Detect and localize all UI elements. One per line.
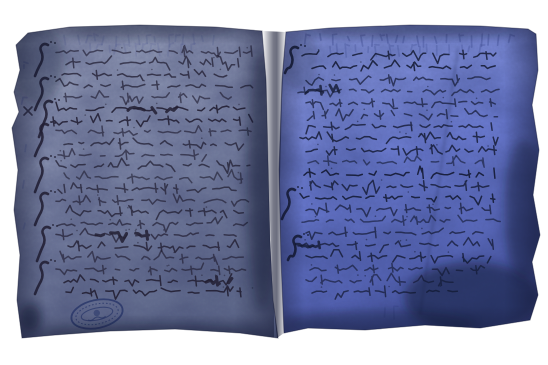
- diacritic-dot: [121, 47, 123, 49]
- diacritic-dot: [406, 239, 408, 241]
- diacritic-dot: [381, 179, 383, 181]
- diacritic-dot: [128, 229, 130, 231]
- diacritic-dot: [408, 191, 410, 193]
- left-page-edge-shade-left: [10, 20, 46, 344]
- diacritic-dot: [166, 265, 168, 267]
- diacritic-dot: [105, 104, 107, 106]
- diacritic-dot: [388, 286, 390, 288]
- diacritic-dot: [399, 131, 401, 133]
- diacritic-dot: [151, 69, 153, 71]
- initial-dot: [58, 99, 60, 101]
- right-page-content: [276, 20, 544, 340]
- initial-dot: [50, 190, 52, 192]
- manuscript-svg: [0, 0, 548, 365]
- diacritic-dot: [76, 230, 78, 232]
- diacritic-dot: [487, 145, 489, 147]
- diacritic-dot: [135, 230, 137, 232]
- diacritic-dot: [357, 121, 359, 123]
- diacritic-dot: [60, 150, 62, 152]
- diacritic-dot: [364, 275, 366, 277]
- initial-dot: [54, 98, 56, 100]
- diacritic-dot: [360, 61, 362, 63]
- diacritic-dot: [443, 97, 445, 99]
- diacritic-dot: [421, 228, 423, 230]
- diacritic-dot: [224, 275, 226, 277]
- diacritic-dot: [307, 120, 309, 122]
- diacritic-dot: [476, 98, 478, 100]
- diacritic-dot: [405, 133, 407, 135]
- initial-dot: [50, 121, 52, 123]
- diacritic-dot: [400, 240, 402, 242]
- diacritic-dot: [366, 239, 368, 241]
- diacritic-dot: [436, 144, 438, 146]
- diacritic-dot: [321, 286, 323, 288]
- diacritic-dot: [125, 103, 127, 105]
- right-page-edge-shade-right: [504, 20, 542, 340]
- diacritic-dot: [406, 216, 408, 218]
- diacritic-dot: [375, 215, 377, 217]
- diacritic-dot: [318, 74, 320, 76]
- diacritic-dot: [201, 274, 203, 276]
- diacritic-dot: [414, 251, 416, 253]
- left-page-edge-shade-bottom: [10, 314, 280, 340]
- diacritic-dot: [315, 216, 317, 218]
- initial-dot: [50, 155, 52, 157]
- diacritic-dot: [432, 204, 434, 206]
- diacritic-dot: [318, 49, 320, 51]
- manuscript-photo: [0, 0, 548, 365]
- left-page-edge-shade-top: [10, 22, 274, 44]
- diacritic-dot: [127, 207, 129, 209]
- diacritic-dot: [143, 80, 145, 82]
- diacritic-dot: [156, 103, 158, 105]
- initial-dot: [54, 260, 56, 262]
- right-page: [276, 20, 544, 340]
- diacritic-dot: [168, 265, 170, 267]
- diacritic-dot: [201, 137, 203, 139]
- diacritic-dot: [84, 114, 86, 116]
- diacritic-dot: [419, 133, 421, 135]
- diacritic-dot: [163, 229, 165, 231]
- diacritic-dot: [206, 206, 208, 208]
- diacritic-dot: [427, 86, 429, 88]
- diacritic-dot: [311, 203, 313, 205]
- diacritic-dot: [304, 239, 306, 241]
- diacritic-dot: [331, 168, 333, 170]
- diacritic-dot: [133, 127, 135, 129]
- diacritic-dot: [311, 264, 313, 266]
- diacritic-dot: [110, 219, 112, 221]
- diacritic-dot: [180, 92, 182, 94]
- initial-dot: [56, 225, 58, 227]
- diacritic-dot: [83, 148, 85, 150]
- diacritic-dot: [223, 286, 225, 288]
- diacritic-dot: [451, 121, 453, 123]
- diacritic-dot: [215, 274, 217, 276]
- right-page-edge-shade-bottom: [276, 306, 542, 336]
- diacritic-dot: [448, 251, 450, 253]
- diacritic-dot: [173, 252, 175, 254]
- diacritic-dot: [325, 86, 327, 88]
- initial-dot: [307, 234, 309, 236]
- diacritic-dot: [60, 160, 62, 162]
- left-page-content: [10, 20, 280, 344]
- diacritic-dot: [125, 229, 127, 231]
- initial-dot: [52, 224, 54, 226]
- diacritic-dot: [70, 218, 72, 220]
- diacritic-dot: [97, 194, 99, 196]
- diacritic-dot: [456, 156, 458, 158]
- diacritic-dot: [363, 109, 365, 111]
- diacritic-dot: [135, 229, 137, 231]
- initial-dot: [54, 122, 56, 124]
- diacritic-dot: [137, 242, 139, 244]
- left-page: [10, 20, 280, 344]
- diacritic-dot: [117, 69, 119, 71]
- diacritic-dot: [426, 109, 428, 111]
- diacritic-dot: [213, 57, 215, 59]
- initial-dot: [50, 259, 52, 261]
- diacritic-dot: [334, 74, 336, 76]
- diacritic-dot: [220, 69, 222, 71]
- initial-dot: [54, 156, 56, 158]
- diacritic-dot: [357, 274, 359, 276]
- initial-dot: [54, 191, 56, 193]
- diacritic-dot: [317, 144, 319, 146]
